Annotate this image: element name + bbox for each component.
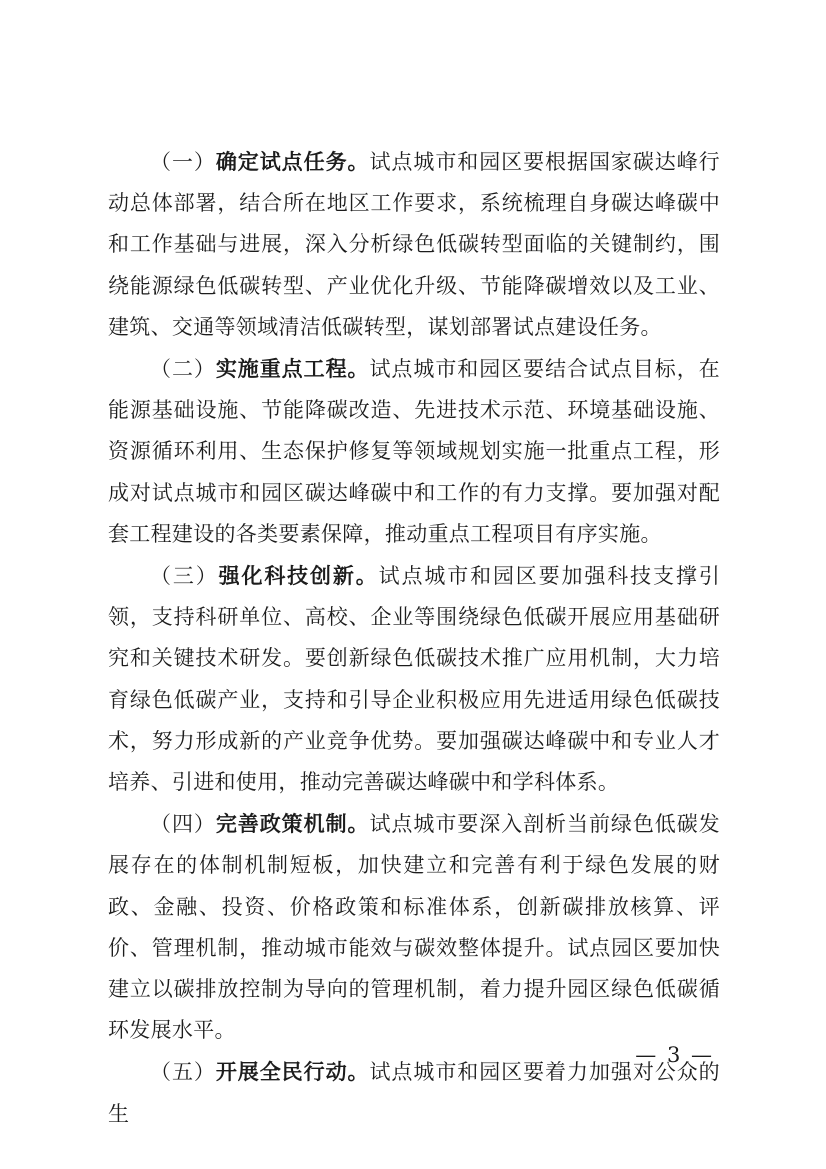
paragraph-5-number: （五） (150, 1060, 216, 1084)
paragraph-3: （三）强化科技创新。试点城市和园区要加强科技支撑引领，支持科研单位、高校、企业等… (108, 555, 720, 803)
paragraph-5: （五）开展全民行动。试点城市和园区要着力加强对公众的生 (108, 1051, 720, 1134)
paragraph-3-heading: 强化科技创新。 (219, 563, 379, 588)
paragraph-5-heading: 开展全民行动。 (216, 1059, 370, 1084)
paragraph-2: （二）实施重点工程。试点城市和园区要结合试点目标，在能源基础设施、节能降碳改造、… (108, 348, 720, 555)
paragraph-1-text: 试点城市和园区要根据国家碳达峰行动总体部署，结合所在地区工作要求，系统梳理自身碳… (108, 150, 720, 339)
paragraph-4-text: 试点城市要深入剖析当前绿色低碳发展存在的体制机制短板，加快建立和完善有利于绿色发… (108, 812, 720, 1042)
paragraph-1-heading: 确定试点任务。 (216, 149, 370, 174)
paragraph-4-heading: 完善政策机制。 (216, 811, 370, 836)
paragraph-4-number: （四） (150, 812, 216, 836)
paragraph-3-text: 试点城市和园区要加强科技支撑引领，支持科研单位、高校、企业等围绕绿色低碳开展应用… (108, 564, 720, 794)
document-page: （一）确定试点任务。试点城市和园区要根据国家碳达峰行动总体部署，结合所在地区工作… (0, 0, 826, 1169)
paragraph-3-number: （三） (150, 564, 219, 588)
paragraph-2-heading: 实施重点工程。 (216, 356, 370, 381)
page-number: — 3 — (635, 1040, 714, 1070)
paragraph-1-number: （一） (150, 150, 216, 174)
document-body: （一）确定试点任务。试点城市和园区要根据国家碳达峰行动总体部署，结合所在地区工作… (108, 141, 720, 1135)
paragraph-4: （四）完善政策机制。试点城市要深入剖析当前绿色低碳发展存在的体制机制短板，加快建… (108, 803, 720, 1051)
paragraph-2-text: 试点城市和园区要结合试点目标，在能源基础设施、节能降碳改造、先进技术示范、环境基… (108, 357, 720, 546)
paragraph-2-number: （二） (150, 357, 216, 381)
paragraph-1: （一）确定试点任务。试点城市和园区要根据国家碳达峰行动总体部署，结合所在地区工作… (108, 141, 720, 348)
